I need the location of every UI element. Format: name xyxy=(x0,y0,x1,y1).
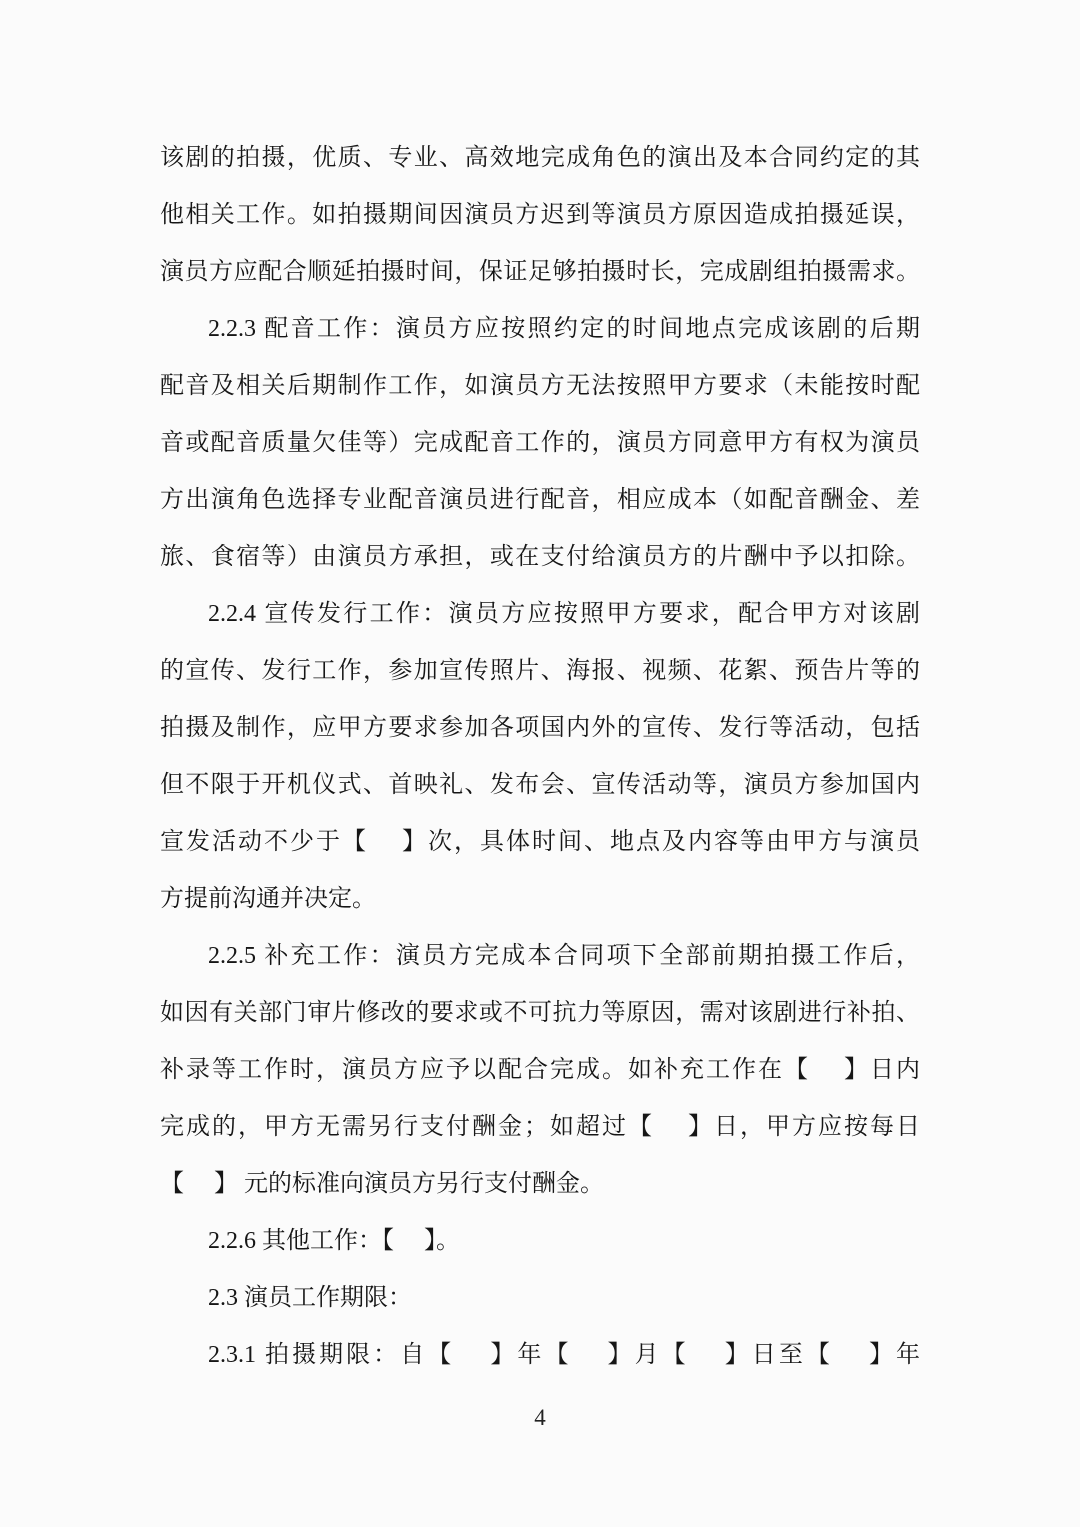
contract-line: 2.2.5 补充工作：演员方完成本合同项下全部前期拍摄工作后， xyxy=(160,928,920,985)
contract-text-block: 该剧的拍摄，优质、专业、高效地完成角色的演出及本合同约定的其他相关工作。如拍摄期… xyxy=(160,130,920,1384)
contract-line: 完成的，甲方无需另行支付酬金；如超过【 】日，甲方应按每日 xyxy=(160,1099,920,1156)
contract-line: 演员方应配合顺延拍摄时间，保证足够拍摄时长，完成剧组拍摄需求。 xyxy=(160,244,920,301)
contract-line: 的宣传、发行工作，参加宣传照片、海报、视频、花絮、预告片等的 xyxy=(160,643,920,700)
contract-line: 2.2.4 宣传发行工作：演员方应按照甲方要求，配合甲方对该剧 xyxy=(160,586,920,643)
contract-line: 拍摄及制作，应甲方要求参加各项国内外的宣传、发行等活动，包括 xyxy=(160,700,920,757)
contract-line: 宣发活动不少于【 】次，具体时间、地点及内容等由甲方与演员 xyxy=(160,814,920,871)
contract-line: 旅、食宿等）由演员方承担，或在支付给演员方的片酬中予以扣除。 xyxy=(160,529,920,586)
contract-line: 【 】 元的标准向演员方另行支付酬金。 xyxy=(160,1156,920,1213)
contract-line: 2.2.6 其他工作：【 】。 xyxy=(160,1213,920,1270)
contract-line: 方提前沟通并决定。 xyxy=(160,871,920,928)
contract-line: 该剧的拍摄，优质、专业、高效地完成角色的演出及本合同约定的其 xyxy=(160,130,920,187)
contract-line: 2.2.3 配音工作：演员方应按照约定的时间地点完成该剧的后期 xyxy=(160,301,920,358)
contract-line: 但不限于开机仪式、首映礼、发布会、宣传活动等，演员方参加国内 xyxy=(160,757,920,814)
document-page: 该剧的拍摄，优质、专业、高效地完成角色的演出及本合同约定的其他相关工作。如拍摄期… xyxy=(0,0,1080,1527)
page-number: 4 xyxy=(0,1400,1080,1436)
contract-line: 配音及相关后期制作工作，如演员方无法按照甲方要求（未能按时配 xyxy=(160,358,920,415)
contract-line: 补录等工作时，演员方应予以配合完成。如补充工作在【 】日内 xyxy=(160,1042,920,1099)
contract-line: 2.3 演员工作期限： xyxy=(160,1270,920,1327)
contract-line: 音或配音质量欠佳等）完成配音工作的，演员方同意甲方有权为演员 xyxy=(160,415,920,472)
contract-line: 方出演角色选择专业配音演员进行配音，相应成本（如配音酬金、差 xyxy=(160,472,920,529)
contract-line: 2.3.1 拍摄期限：自【 】年【 】月【 】日至【 】年 xyxy=(160,1327,920,1384)
contract-line: 他相关工作。如拍摄期间因演员方迟到等演员方原因造成拍摄延误， xyxy=(160,187,920,244)
contract-line: 如因有关部门审片修改的要求或不可抗力等原因，需对该剧进行补拍、 xyxy=(160,985,920,1042)
